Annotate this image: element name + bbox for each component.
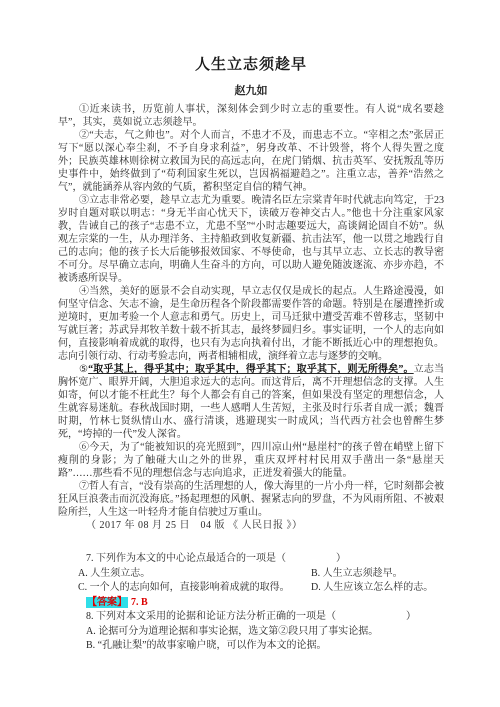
paragraph-6: ⑥今天，为了“能被知识的亮光照到”，四川凉山州“悬崖村”的孩子曾在峭壁上留下瘦削… [58, 441, 444, 480]
question-7-stem: 7. 下列作为本文的中心论点最适合的一项是（ ） [58, 552, 444, 567]
question-7-options-row-2: C. 一个人的志向如何，直接影响着成就的取得。 D. 人生应该立怎么样的志。 [58, 581, 444, 596]
paragraph-1: ①近来读书，历览前人事状，深刻体会到少时立志的重要性。有人说“成名要趁早”，其实… [58, 103, 444, 129]
paragraph-5-rest: 立志当胸怀宽广、眼界开阔，大胆追求远大的志向。而这背后，离不开理想信念的支撑。人… [58, 364, 444, 440]
article-body: ①近来读书，历览前人事状，深刻体会到少时立志的重要性。有人说“成名要趁早”，其实… [58, 103, 444, 532]
document-content: 人生立志须趁早 赵九如 ①近来读书，历览前人事状，深刻体会到少时立志的重要性。有… [0, 0, 500, 654]
question-7-option-a: A. 人生须立志。 [78, 567, 311, 582]
paragraph-5-underlined-quote: “取乎其上，得乎其中；取乎其中，得乎其下；取乎其下，则无所得矣”。 [88, 364, 414, 375]
question-8-option-b: B. “孔融让梨”的故事家喻户晓，可以作为本文的论据。 [58, 639, 444, 654]
article-author: 赵九如 [58, 85, 444, 98]
paragraph-5-marker: ⑤ [79, 364, 88, 375]
question-7-option-c: C. 一个人的志向如何，直接影响着成就的取得。 [78, 581, 311, 596]
paragraph-3: ③立志非常必要，趁早立志尤为重要。晚清名臣左宗棠青年时代就志向笃定，于23岁时自… [58, 194, 444, 285]
article-title: 人生立志须趁早 [58, 56, 444, 75]
paragraph-5: ⑤“取乎其上，得乎其中；取乎其中，得乎其下；取乎其下，则无所得矣”。立志当胸怀宽… [58, 363, 444, 441]
question-8-stem: 8. 下列对本文采用的论据和论证方法分析正确的一项是（ ） [58, 610, 444, 625]
source-citation: （ 2017 年 08 月 25 日 04 版 《 人民日报 》） [58, 519, 444, 532]
questions-section: 7. 下列作为本文的中心论点最适合的一项是（ ） A. 人生须立志。 B. 人生… [58, 552, 444, 654]
question-7-options-row-1: A. 人生须立志。 B. 人生立志须趁早。 [58, 567, 444, 582]
answer-line: 【答案】7. B [58, 596, 444, 611]
answer-label-badge: 【答案】 [86, 597, 128, 608]
question-7-option-b: B. 人生立志须趁早。 [311, 567, 444, 582]
question-8-option-a: A. 论据可分为道理论据和事实论据，选文第②段只用了事实论据。 [58, 625, 444, 640]
document-page: 人生立志须趁早 赵九如 ①近来读书，历览前人事状，深刻体会到少时立志的重要性。有… [0, 0, 500, 707]
answer-value: 7. B [131, 597, 148, 608]
paragraph-7: ⑦哲人有言，“没有崇高的生活理想的人，像大海里的一片小舟一样，它时刻都会被狂风巨… [58, 480, 444, 519]
paragraph-4: ④当然，美好的愿景不会自动实现，早立志仅仅是成长的起点。人生路途漫漫，如何坚守信… [58, 285, 444, 363]
question-7-option-d: D. 人生应该立怎么样的志。 [311, 581, 444, 596]
paragraph-2: ②“夫志，气之帅也”。对个人而言，不患才不及，而患志不立。“宰相之杰”张居正写下… [58, 129, 444, 194]
